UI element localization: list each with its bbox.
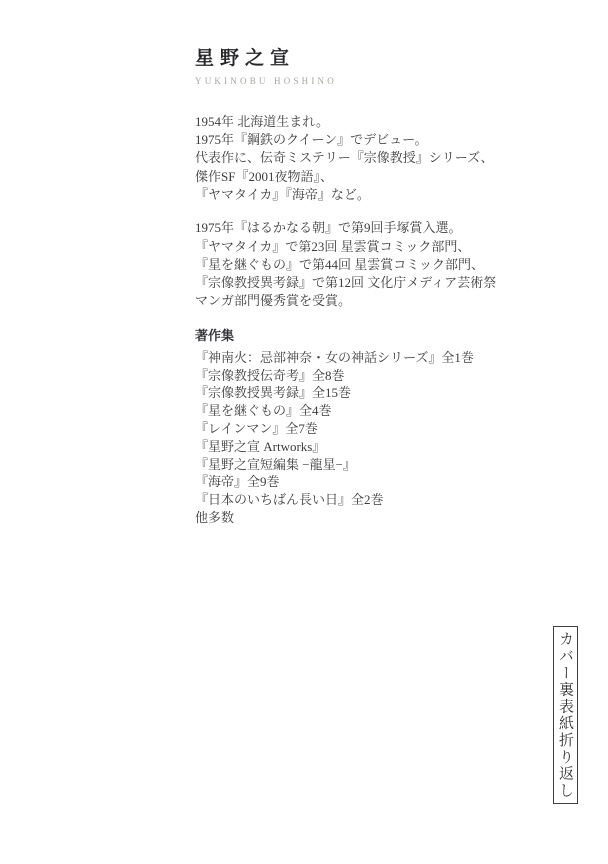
work-item: 『宗像教授伝奇考』全8巻 bbox=[195, 367, 585, 385]
work-item: 『星野之宣短編集 −龍星−』 bbox=[195, 456, 585, 474]
author-bio-column: 星野之宣 YUKINOBU HOSHINO 1954年 北海道生まれ。 1975… bbox=[195, 0, 585, 527]
bio-line: 『宗像教授異考録』で第12回 文化庁メディア芸術祭 bbox=[195, 274, 585, 292]
bio-line: 1954年 北海道生まれ。 bbox=[195, 113, 585, 131]
work-item: 『星野之宣 Artworks』 bbox=[195, 438, 585, 456]
book-flap-page: 星野之宣 YUKINOBU HOSHINO 1954年 北海道生まれ。 1975… bbox=[0, 0, 608, 864]
bio-line: 『ヤマタイカ』で第23回 星雲賞コミック部門、 bbox=[195, 238, 585, 256]
work-item: 『レインマン』全7巻 bbox=[195, 420, 585, 438]
author-name-title: 星野之宣 bbox=[195, 48, 585, 71]
bio-line: 『ヤマタイカ』『海帝』など。 bbox=[195, 186, 585, 204]
work-item: 『星を継ぐもの』全4巻 bbox=[195, 402, 585, 420]
works-heading: 著作集 bbox=[195, 327, 585, 345]
flap-position-label-text: カバー裏表紙折り返し bbox=[555, 631, 576, 799]
bio-paragraph-awards: 1975年『はるかなる朝』で第9回手塚賞入選。 『ヤマタイカ』で第23回 星雲賞… bbox=[195, 219, 585, 310]
work-item: 他多数 bbox=[195, 509, 585, 527]
work-item: 『神南火：忌部神奈・女の神話シリーズ』全1巻 bbox=[195, 349, 585, 367]
bio-paragraph-career: 1954年 北海道生まれ。 1975年『鋼鉄のクイーン』でデビュー。 代表作に、… bbox=[195, 113, 585, 204]
bio-line: 『星を継ぐもの』で第44回 星雲賞コミック部門、 bbox=[195, 256, 585, 274]
bio-line: 1975年『鋼鉄のクイーン』でデビュー。 bbox=[195, 131, 585, 149]
bio-line: 代表作に、伝奇ミステリー『宗像教授』シリーズ、 bbox=[195, 149, 585, 167]
author-name-romaji: YUKINOBU HOSHINO bbox=[195, 76, 585, 87]
work-item: 『海帝』全9巻 bbox=[195, 473, 585, 491]
bio-line: 1975年『はるかなる朝』で第9回手塚賞入選。 bbox=[195, 219, 585, 237]
work-item: 『日本のいちばん長い日』全2巻 bbox=[195, 491, 585, 509]
flap-position-label-box: カバー裏表紙折り返し bbox=[553, 626, 578, 804]
bio-line: 傑作SF『2001夜物語』、 bbox=[195, 168, 585, 186]
bio-line: マンガ部門優秀賞を受賞。 bbox=[195, 292, 585, 310]
work-item: 『宗像教授異考録』全15巻 bbox=[195, 384, 585, 402]
works-list: 『神南火：忌部神奈・女の神話シリーズ』全1巻 『宗像教授伝奇考』全8巻 『宗像教… bbox=[195, 349, 585, 527]
